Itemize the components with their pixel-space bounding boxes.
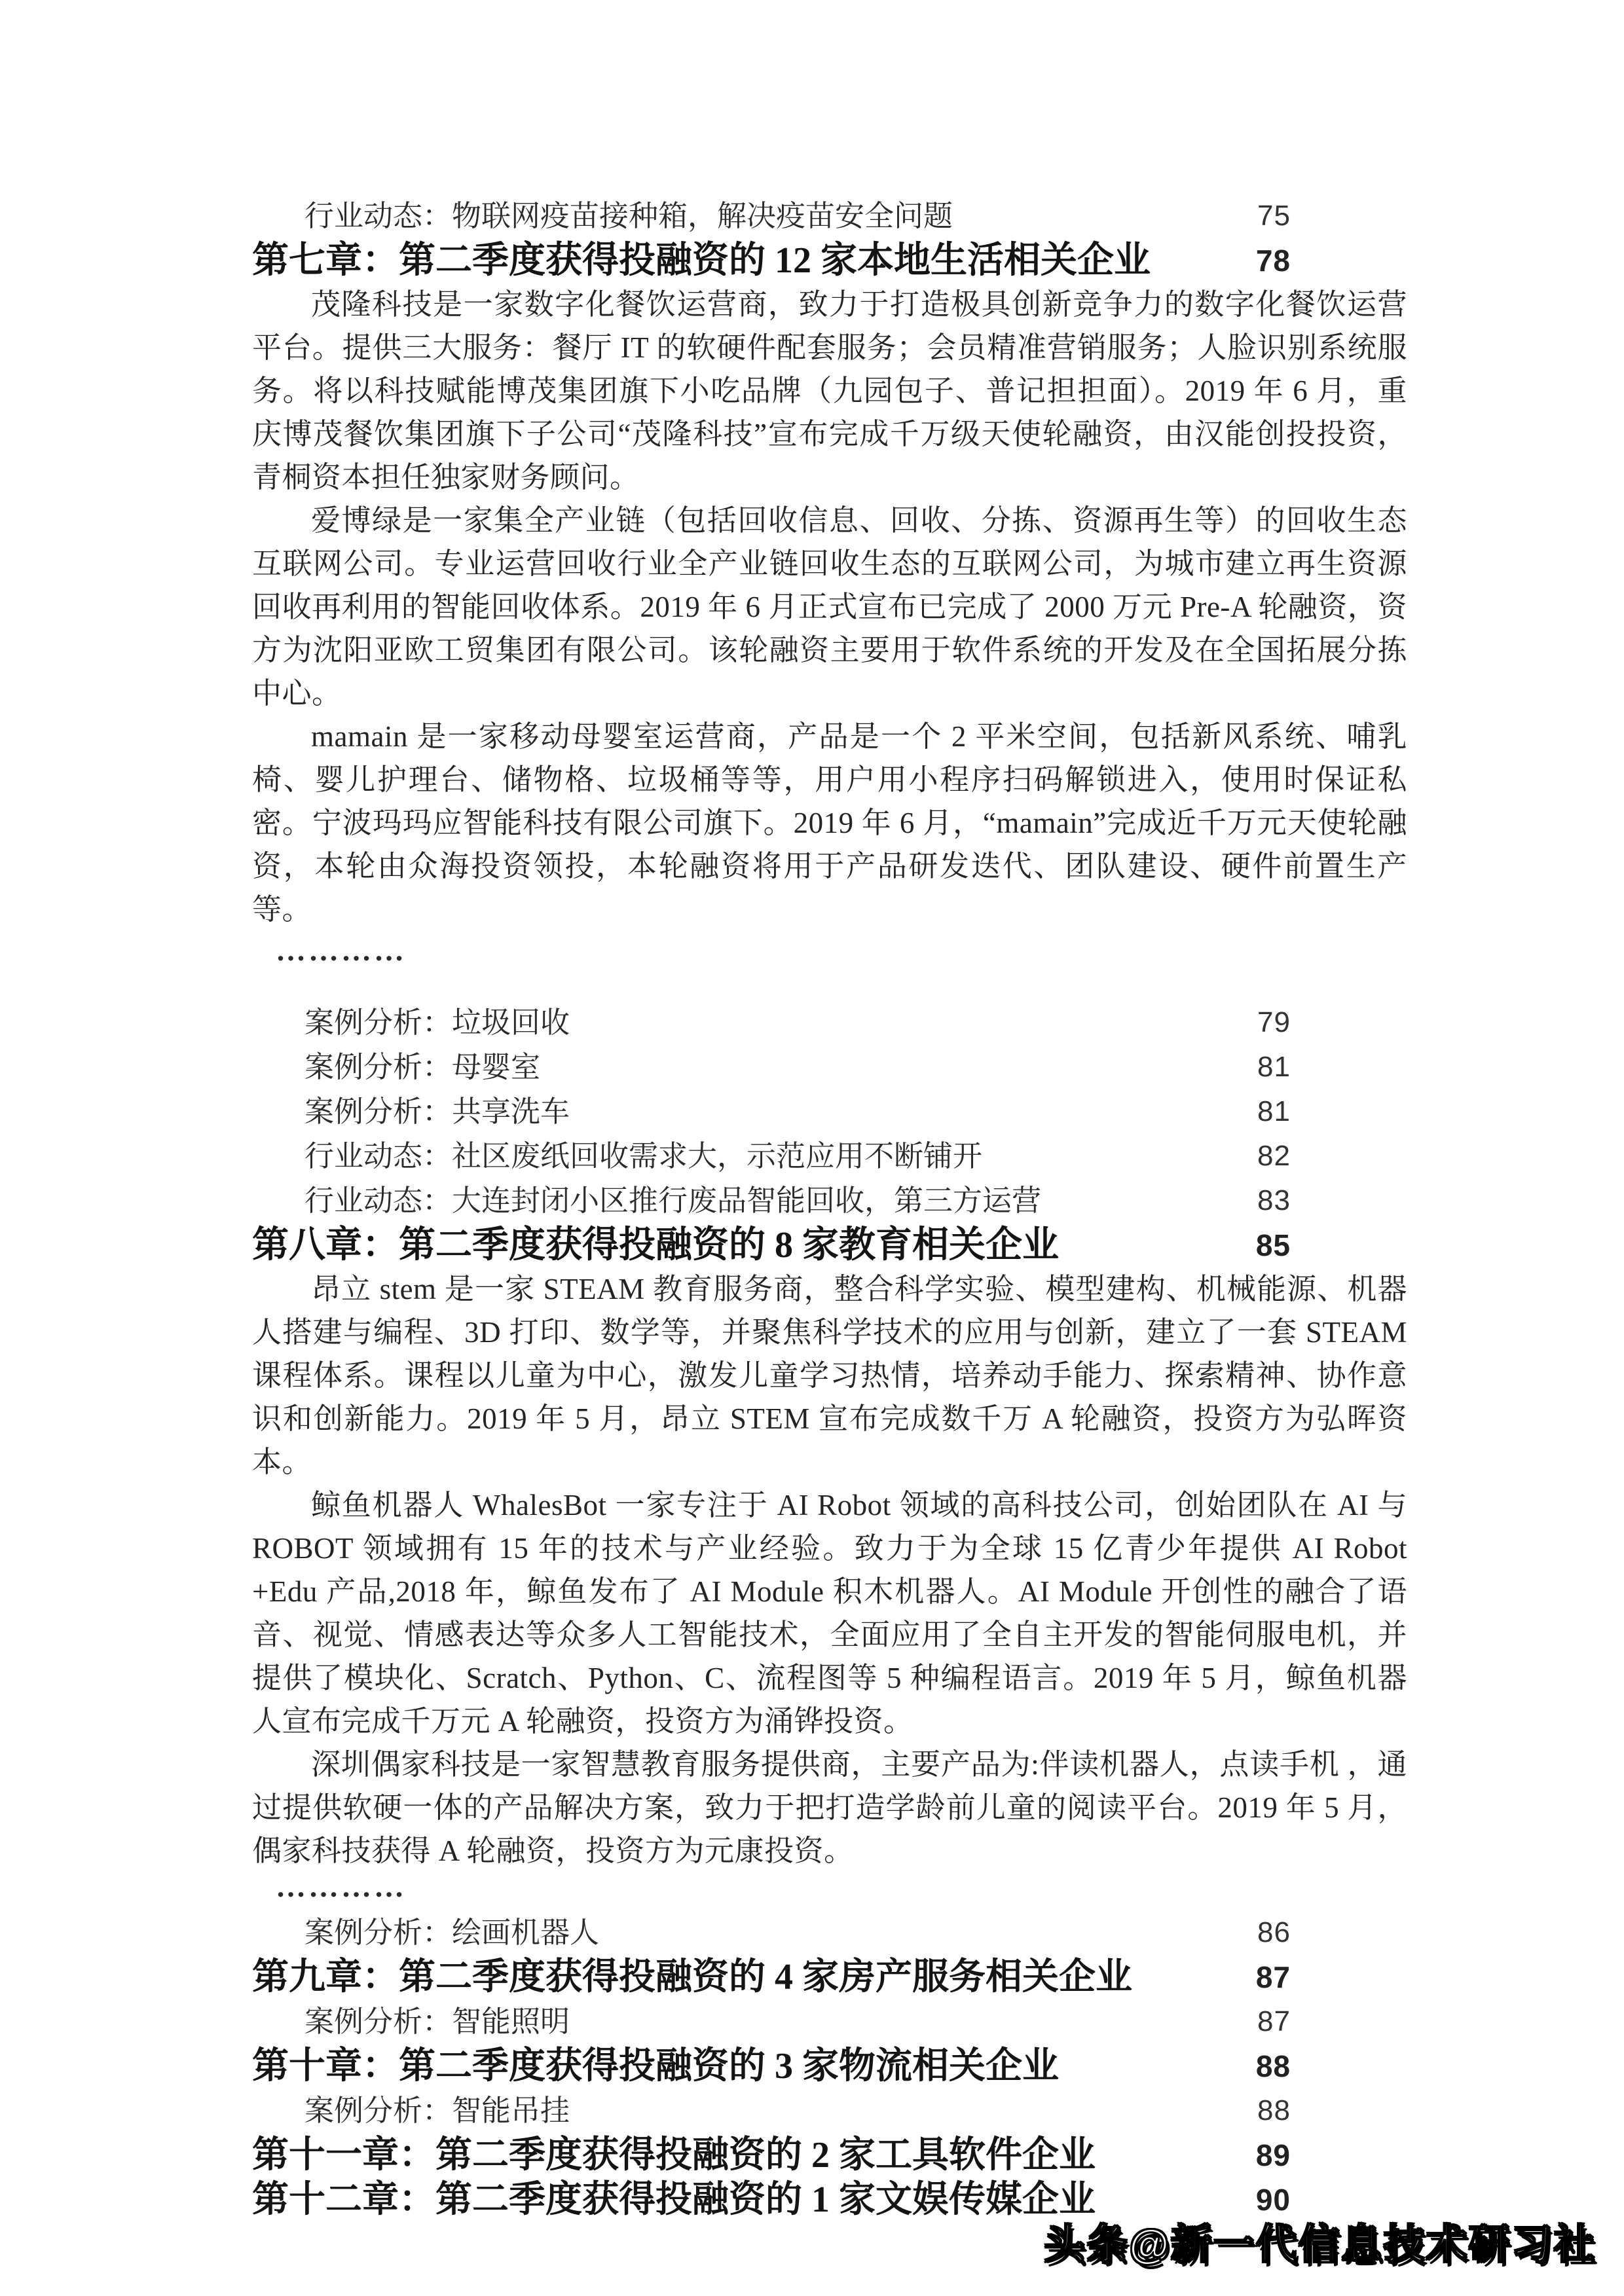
page-number: 88 (1256, 2044, 1291, 2088)
page-number: 81 (1257, 1089, 1291, 1134)
toc-item-dalian-recycle: 行业动态：大连封闭小区推行废品智能回收，第三方运营 83 (252, 1178, 1407, 1223)
page-number: 85 (1256, 1223, 1291, 1267)
toc-label: 案例分析：母婴室 (304, 1051, 540, 1084)
chapter-title: 第十二章：第二季度获得投融资的 1 家文娱传媒企业 (252, 2179, 1096, 2220)
page-number: 88 (1257, 2088, 1291, 2133)
page-number: 89 (1256, 2133, 1291, 2178)
page-number: 87 (1257, 1999, 1291, 2044)
toc-label: 行业动态：大连封闭小区推行废品智能回收，第三方运营 (304, 1184, 1041, 1217)
chapter-title: 第十章：第二季度获得投融资的 3 家物流相关企业 (252, 2046, 1059, 2086)
toc-label: 行业动态：社区废纸回收需求大，示范应用不断铺开 (304, 1140, 982, 1173)
body-paragraph-mamain: mamain 是一家移动母婴室运营商，产品是一个 2 平米空间，包括新风系统、哺… (252, 715, 1407, 931)
chapter-heading-7: 第七章：第二季度获得投融资的 12 家本地生活相关企业 78 (252, 238, 1407, 283)
toc-item-shared-carwash: 案例分析：共享洗车 81 (252, 1089, 1407, 1134)
toc-label: 案例分析：共享洗车 (304, 1095, 570, 1128)
toc-label: 案例分析：智能吊挂 (304, 2094, 570, 2127)
document-page: 行业动态：物联网疫苗接种箱，解决疫苗安全问题 75 第七章：第二季度获得投融资的… (0, 0, 1624, 2296)
toc-item-garbage-recycle: 案例分析：垃圾回收 79 (252, 1000, 1407, 1045)
page-number: 87 (1256, 1955, 1291, 1999)
ellipsis-row: ………… (252, 936, 1407, 974)
chapter-title: 第七章：第二季度获得投融资的 12 家本地生活相关企业 (252, 240, 1151, 281)
toc-label: 行业动态：物联网疫苗接种箱，解决疫苗安全问题 (304, 200, 953, 232)
toc-label: 案例分析：垃圾回收 (304, 1006, 570, 1039)
body-paragraph-aibolv: 爱博绿是一家集全产业链（包括回收信息、回收、分拣、资源再生等）的回收生态互联网公… (252, 499, 1407, 715)
page-number: 82 (1257, 1134, 1291, 1178)
chapter-heading-8: 第八章：第二季度获得投融资的 8 家教育相关企业 85 (252, 1223, 1407, 1267)
page-number: 79 (1257, 1000, 1291, 1045)
chapter-title: 第九章：第二季度获得投融资的 4 家房产服务相关企业 (252, 1957, 1132, 1997)
toc-item-drawing-robot: 案例分析：绘画机器人 86 (252, 1910, 1407, 1955)
toc-item-waste-paper: 行业动态：社区废纸回收需求大，示范应用不断铺开 82 (252, 1134, 1407, 1178)
toc-item-industry-vaccine: 行业动态：物联网疫苗接种箱，解决疫苗安全问题 75 (252, 194, 1407, 238)
toc-item-smart-hanging: 案例分析：智能吊挂 88 (252, 2088, 1407, 2133)
chapter-title: 第十一章：第二季度获得投融资的 2 家工具软件企业 (252, 2135, 1096, 2176)
toc-label: 案例分析：智能照明 (304, 2005, 570, 2038)
page-number: 86 (1257, 1910, 1291, 1955)
body-paragraph-whalesbot: 鲸鱼机器人 WhalesBot 一家专注于 AI Robot 领域的高科技公司，… (252, 1484, 1407, 1743)
page-number: 75 (1257, 194, 1291, 238)
body-paragraph-onlystem: 昂立 stem 是一家 STEAM 教育服务商，整合科学实验、模型建构、机械能源… (252, 1267, 1407, 1484)
toc-label: 案例分析：绘画机器人 (304, 1916, 599, 1949)
content-area: 行业动态：物联网疫苗接种箱，解决疫苗安全问题 75 第七章：第二季度获得投融资的… (252, 194, 1407, 2222)
body-paragraph-maolong: 茂隆科技是一家数字化餐饮运营商，致力于打造极具创新竞争力的数字化餐饮运营平台。提… (252, 283, 1407, 499)
toc-item-smart-lighting: 案例分析：智能照明 87 (252, 1999, 1407, 2044)
page-number: 78 (1256, 238, 1291, 283)
page-number: 83 (1257, 1178, 1291, 1223)
ellipsis-row: ………… (252, 1872, 1407, 1910)
chapter-heading-9: 第九章：第二季度获得投融资的 4 家房产服务相关企业 87 (252, 1955, 1407, 1999)
chapter-heading-11: 第十一章：第二季度获得投融资的 2 家工具软件企业 89 (252, 2133, 1407, 2178)
chapter-heading-10: 第十章：第二季度获得投融资的 3 家物流相关企业 88 (252, 2044, 1407, 2088)
toc-item-nursery-room: 案例分析：母婴室 81 (252, 1045, 1407, 1089)
page-number: 81 (1257, 1045, 1291, 1089)
chapter-title: 第八章：第二季度获得投融资的 8 家教育相关企业 (252, 1225, 1059, 1266)
watermark-text: 头条@新一代信息技术研习社 (1044, 2212, 1596, 2270)
body-paragraph-oujia: 深圳偶家科技是一家智慧教育服务提供商，主要产品为:伴读机器人，点读手机 ，通过提… (252, 1743, 1407, 1872)
